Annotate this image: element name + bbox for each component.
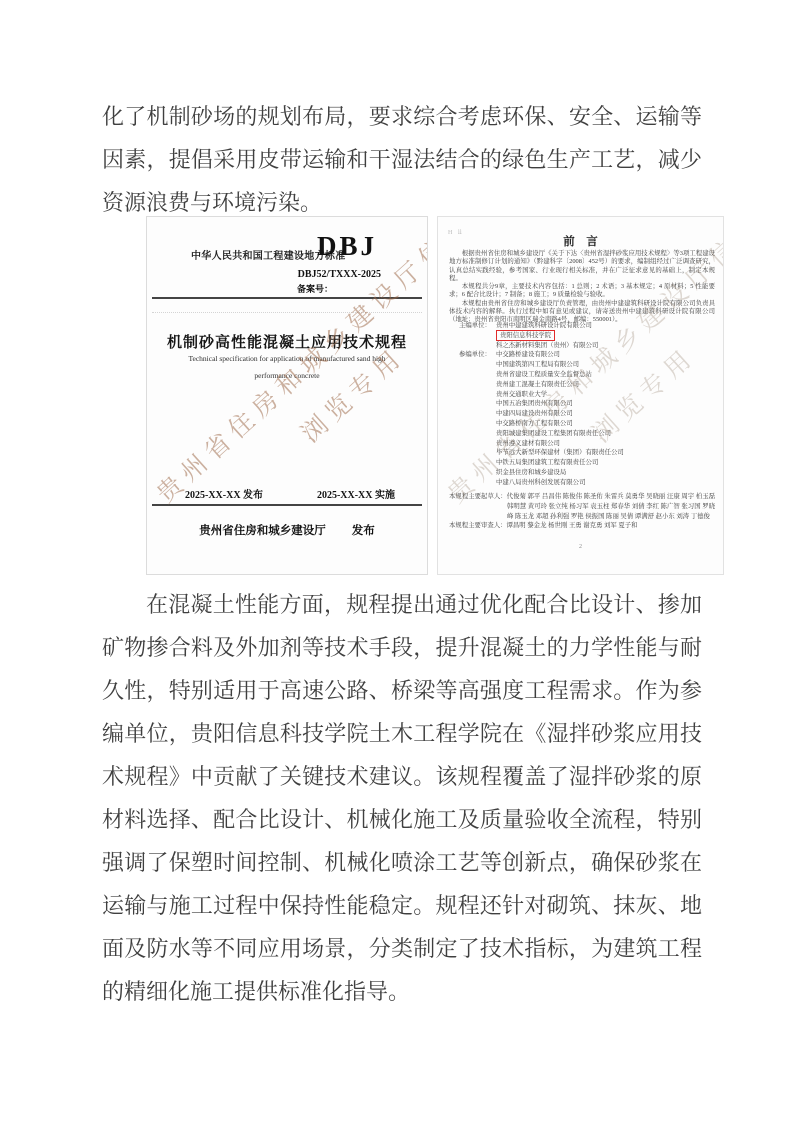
participant-unit: 贵州交通职业大学 xyxy=(496,390,547,400)
preface-paragraph-1: 根据贵州省住房和城乡建设厅《关于下达〈贵州省湿拌砂浆应用技术规程〉等3项工程建设… xyxy=(449,250,715,283)
cover-publisher-row: 贵州省住房和城乡建设厅发布 xyxy=(147,522,427,538)
reviewers-names: 谭昌明 黎金龙 杨世刚 王勇 谢克勇 刘军 夏子和 xyxy=(507,522,638,529)
cover-dates-row: 2025-XX-XX 发布 2025-XX-XX 实施 xyxy=(185,486,395,501)
chief-unit-row-highlighted: 贵阳信息科技学院 xyxy=(438,331,723,341)
participant-row: 中国建筑第四工程局有限公司 xyxy=(438,360,723,370)
cover-publisher: 贵州省住房和城乡建设厅 xyxy=(199,525,326,537)
participant-unit: 中建八局贵州科创发展有限公司 xyxy=(496,478,585,488)
participant-row: 中铁五局集团建筑工程有限责任公司 xyxy=(438,458,723,468)
participant-row: 贵州建工混凝土有限责任公司 xyxy=(438,380,723,390)
participant-unit: 织金县住房和城乡建设局 xyxy=(496,468,566,478)
participant-unit: 毕节远大新型环保建材（集团）有限责任公司 xyxy=(496,448,624,458)
participant-row: 中建八局贵州科创发展有限公司 xyxy=(438,478,723,488)
participant-row: 参编单位： 中交路桥建设有限公司 xyxy=(438,350,723,360)
preface-page-number: 2 xyxy=(438,544,723,550)
participant-row: 贵阳城建集团建设工程集团有限责任公司 xyxy=(438,429,723,439)
cover-dbj-logo: DBJ xyxy=(317,231,377,262)
participant-unit: 中铁五局集团建筑工程有限责任公司 xyxy=(496,458,598,468)
chief-unit-row: 科之杰新材料集团（贵州）有限公司 xyxy=(438,341,723,351)
cover-title-english-line1: Technical specification for application … xyxy=(165,354,409,363)
standard-cover-image: 中华人民共和国工程建设地方标准 DBJ DBJ52/TXXX-2025 备案号：… xyxy=(146,216,428,575)
reviewers-line: 本规程主要审查人：谭昌明 黎金龙 杨世刚 王勇 谢克勇 刘军 夏子和 xyxy=(449,521,715,531)
cover-title-chinese: 机制砂高性能混凝土应用技术规程 xyxy=(147,331,427,352)
cover-implement-date: 2025-XX-XX 实施 xyxy=(317,486,395,501)
highlighted-chief-unit: 贵阳信息科技学院 xyxy=(496,330,555,341)
participant-unit: 中国五冶集团贵州有限公司 xyxy=(496,399,573,409)
preface-page-image: H ⅱ 前 言 根据贵州省住房和城乡建设厅《关于下达〈贵州省湿拌砂浆应用技术规程… xyxy=(437,216,724,575)
cover-divider-bottom xyxy=(152,504,422,506)
cover-record-number-label: 备案号： xyxy=(297,282,333,295)
cover-standard-code: DBJ52/TXXX-2025 xyxy=(298,269,381,280)
cover-divider-top xyxy=(152,297,422,299)
chief-unit: 科之杰新材料集团（贵州）有限公司 xyxy=(496,341,598,351)
preface-paragraphs: 根据贵州省住房和城乡建设厅《关于下达〈贵州省湿拌砂浆应用技术规程〉等3项工程建设… xyxy=(449,250,715,325)
participant-unit: 贵阳城建集团建设工程集团有限责任公司 xyxy=(496,429,611,439)
participant-row: 中建四局建设贵州有限公司 xyxy=(438,409,723,419)
participant-row: 中国五冶集团贵州有限公司 xyxy=(438,399,723,409)
cover-issue-date: 2025-XX-XX 发布 xyxy=(185,486,263,501)
cover-dotted-divider xyxy=(152,312,422,313)
participant-unit: 贵州遵义建材有限公司 xyxy=(496,439,560,449)
participant-row: 毕节远大新型环保建材（集团）有限责任公司 xyxy=(438,448,723,458)
drafters-label: 本规程主要起草人： xyxy=(449,493,507,500)
cover-publish-word: 发布 xyxy=(352,525,375,537)
drafters-line: 本规程主要起草人：代俊菊 郭平 吕昌伟 陈俊伟 陈圣佑 朱雷兵 莫勇华 吴晓丽 … xyxy=(449,492,715,521)
preface-paragraph-2: 本规程共分9章，主要技术内容包括：1 总则；2 术语；3 基本规定；4 原材料；… xyxy=(449,283,715,300)
reviewers-label: 本规程主要审查人： xyxy=(449,522,507,529)
drafters-names: 代俊菊 郭平 吕昌伟 陈俊伟 陈圣佑 朱雷兵 莫勇华 吴晓丽 汪康 周宇 柏玉磊… xyxy=(507,493,715,520)
participant-unit: 贵州省建设工程质量安全监督总站 xyxy=(496,370,592,380)
participant-unit: 中建四局建设贵州有限公司 xyxy=(496,409,573,419)
participant-row: 贵州交通职业大学 xyxy=(438,390,723,400)
participant-row: 织金县住房和城乡建设局 xyxy=(438,468,723,478)
chief-units-label: 主编单位： xyxy=(459,321,496,331)
participant-row: 中交路桥南方工程有限公司 xyxy=(438,419,723,429)
participant-row: 贵州遵义建材有限公司 xyxy=(438,439,723,449)
body-paragraph-top: 化了机制砂场的规划布局，要求综合考虑环保、安全、运输等因素，提倡采用皮带运输和干… xyxy=(102,95,702,224)
chief-unit-row: 主编单位： 贵州中建建筑科研设计院有限公司 xyxy=(438,321,723,331)
participant-unit: 中国建筑第四工程局有限公司 xyxy=(496,360,579,370)
participant-unit: 中交路桥建设有限公司 xyxy=(496,350,560,360)
preface-heading: 前 言 xyxy=(438,233,723,249)
participant-row: 贵州省建设工程质量安全监督总站 xyxy=(438,370,723,380)
body-paragraph-bottom: 在混凝土性能方面，规程提出通过优化配合比设计、掺加矿物掺合料及外加剂等技术手段，… xyxy=(102,583,702,1013)
document-page: 化了机制砂场的规划布局，要求综合考虑环保、安全、运输等因素，提倡采用皮带运输和干… xyxy=(0,0,793,1122)
organization-list: 主编单位： 贵州中建建筑科研设计院有限公司 贵阳信息科技学院 科之杰新材料集团（… xyxy=(438,321,723,488)
people-section: 本规程主要起草人：代俊菊 郭平 吕昌伟 陈俊伟 陈圣佑 朱雷兵 莫勇华 吴晓丽 … xyxy=(449,492,715,531)
participant-unit: 中交路桥南方工程有限公司 xyxy=(496,419,573,429)
cover-title-english-line2: performance concrete xyxy=(165,371,409,380)
participants-label: 参编单位： xyxy=(459,350,496,360)
participant-unit: 贵州建工混凝土有限责任公司 xyxy=(496,380,579,390)
